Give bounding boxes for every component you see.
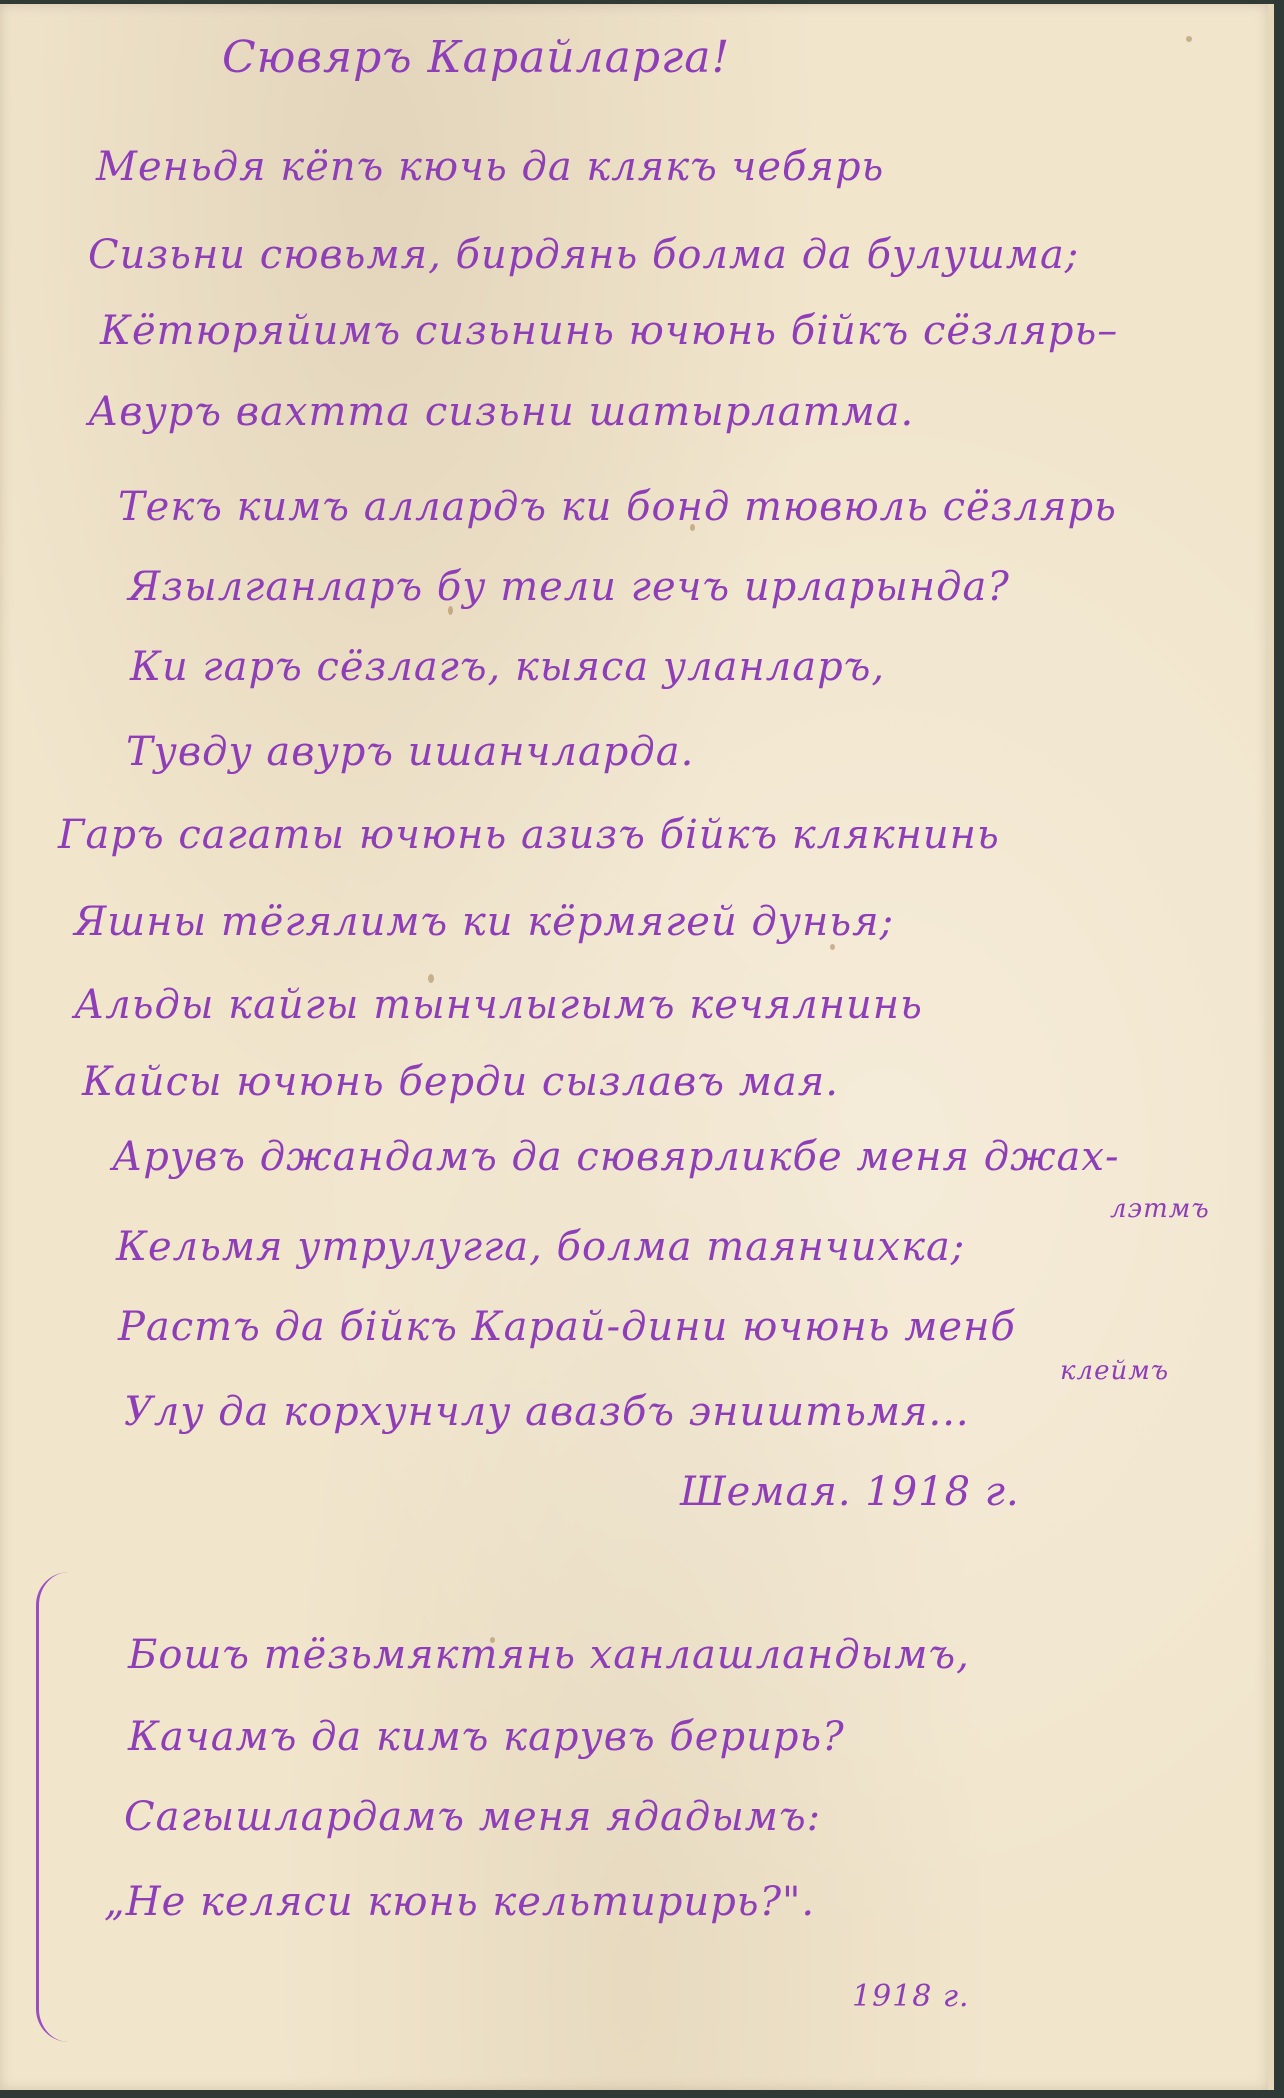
poem-line: Гаръ сагаты ючюнь азизъ бійкъ клякнинь (58, 812, 1000, 858)
signature-place-date: Шемая. 1918 г. (680, 1469, 1020, 1515)
poem-title: Сювяръ Карайларга! (222, 32, 730, 83)
poem-line: Сизьни сювьмя, бирдянь болма да булушма; (88, 232, 1079, 278)
manuscript-page: Сювяръ Карайларга! Меньдя кёпъ кючь да к… (0, 4, 1268, 2090)
poem-line: Кельмя утрулугга, болма таянчихка; (116, 1224, 965, 1270)
poem-line: Тувду авуръ ишанчларда. (126, 729, 694, 775)
poem-line: Растъ да бійкъ Карай-дини ючюнь менб (118, 1304, 1016, 1350)
poem-line: Арувъ джандамъ да сювярликбе меня джах- (112, 1134, 1119, 1180)
bracket-mark (36, 1572, 69, 2042)
poem-line: Кётюряйимъ сизьнинь ючюнь бійкъ сёзлярь– (100, 308, 1118, 354)
poem-line: Качамъ да кимъ карувъ берирь? (128, 1714, 845, 1760)
poem-line: Текъ кимъ аллардъ ки бонд тювюль сёзлярь (118, 484, 1117, 530)
poem-line: Ки гаръ сёзлагъ, кыяса уланларъ, (130, 644, 885, 690)
poem-line: Сагышлардамъ меня ядадымъ: (124, 1794, 821, 1840)
poem-date: 1918 г. (852, 1979, 970, 2014)
poem-line: Бошъ тёзьмяктянь ханлашландымъ, (128, 1632, 970, 1678)
paper-edge (1268, 4, 1274, 2090)
poem-line: Улу да корхунчлу авазбъ эништьмя... (124, 1389, 970, 1435)
poem-line: „Не келяси кюнь кельтирирь?". (104, 1879, 815, 1925)
poem-line: Язылганларъ бу тели гечъ ирларында? (128, 564, 1010, 610)
poem-line: Кайсы ючюнь берди сызлавъ мая. (82, 1059, 839, 1105)
poem-line: Яшны тёгялимъ ки кёрмягей дунья; (74, 899, 894, 945)
poem-line: Меньдя кёпъ кючь да клякъ чебярь (96, 144, 884, 190)
margin-note: клеймъ (1060, 1356, 1169, 1386)
ink-spot (1186, 36, 1192, 42)
poem-line: Авуръ вахтта сизьни шатырлатма. (88, 389, 914, 435)
margin-note: лэтмъ (1110, 1194, 1210, 1224)
poem-line: Альды кайгы тынчлыгымъ кечялнинь (74, 982, 923, 1028)
